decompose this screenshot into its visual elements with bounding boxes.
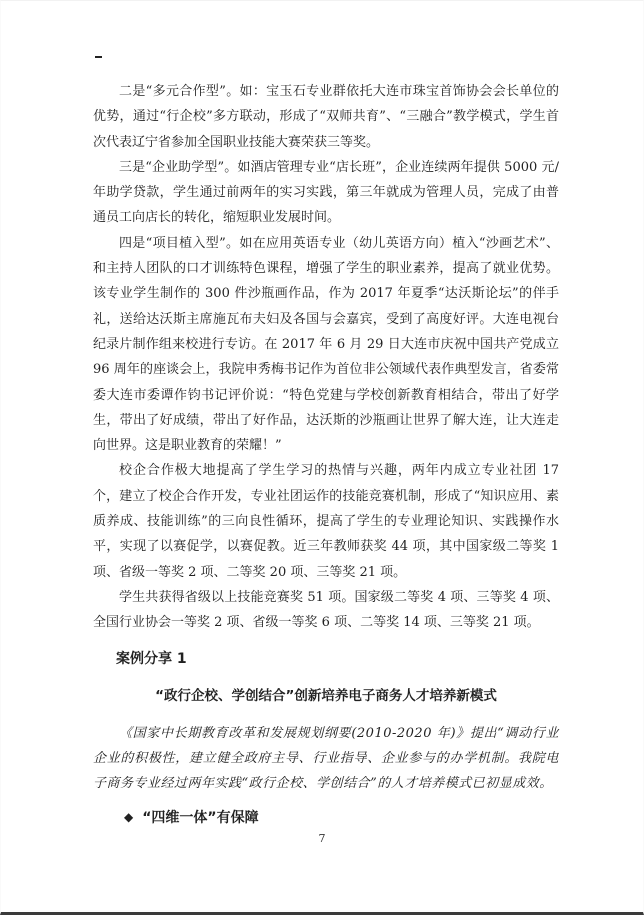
document-body: 二是“多元合作型”。如：宝玉石专业群依托大连市珠宝首饰协会会长单位的优势，通过“… [93, 79, 559, 831]
header-dash-mark [95, 56, 102, 58]
paragraph-student-awards: 学生共获得省级以上技能竞赛奖 51 项。国家级二等奖 4 项、三等奖 4 项、全… [93, 585, 559, 636]
diamond-bullet-icon: ◆ [124, 805, 133, 830]
bullet-item-label: “四维一体”有保障 [142, 810, 258, 826]
paragraph-school-enterprise-results: 校企合作极大地提高了学生学习的热情与兴趣，两年内成立专业社团 17 个，建立了校… [93, 458, 559, 584]
paragraph-case-intro: 《国家中长期教育改革和发展规划纲要(2010-2020 年)》提出“调动行业企业… [93, 721, 559, 797]
page-number: 7 [1, 832, 643, 845]
case-share-heading: 案例分享 1 [93, 647, 559, 672]
paragraph-cooperation-type-2: 二是“多元合作型”。如：宝玉石专业群依托大连市珠宝首饰协会会长单位的优势，通过“… [93, 79, 559, 155]
paragraph-cooperation-type-3: 三是“企业助学型”。如酒店管理专业“店长班”，企业连续两年提供 5000 元/年… [93, 155, 559, 231]
bullet-item-four-dimensions: ◆“四维一体”有保障 [93, 805, 559, 831]
document-page: 二是“多元合作型”。如：宝玉石专业群依托大连市珠宝首饰协会会长单位的优势，通过“… [0, 0, 644, 915]
case-title: “政行企校、学创结合”创新培养电子商务人才培养新模式 [93, 684, 559, 709]
paragraph-cooperation-type-4: 四是“项目植入型”。如在应用英语专业（幼儿英语方向）植入“沙画艺术”、和主持人团… [93, 231, 559, 459]
